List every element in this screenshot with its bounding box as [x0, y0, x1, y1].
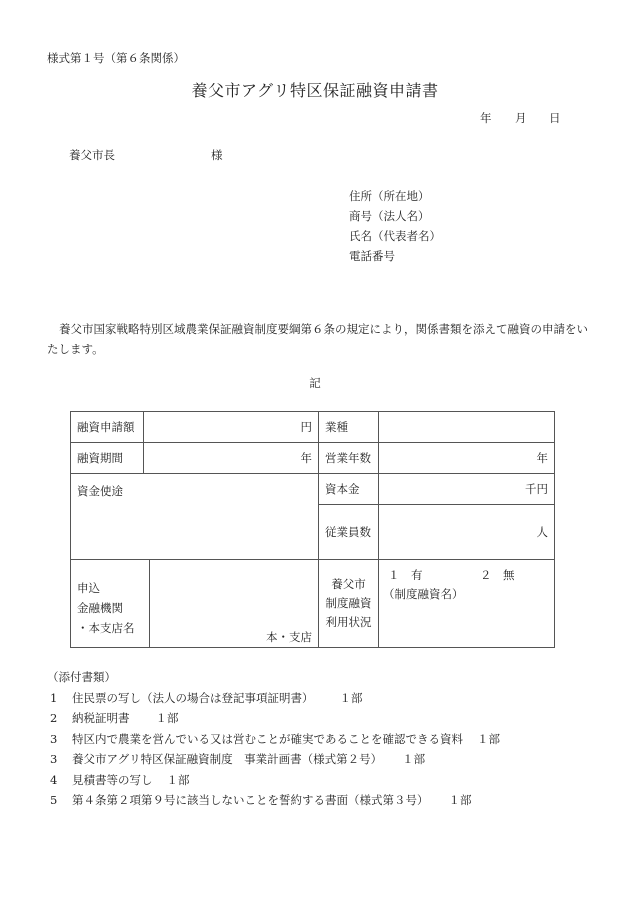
loan-amount-label: 融資申請額 — [71, 412, 144, 443]
city-loan-label-line-3: 利用状況 — [325, 613, 372, 632]
branch-suffix: 本・支店 — [266, 629, 312, 645]
bank-label-cell: 申込 金融機関 ・本支店名 — [71, 560, 150, 648]
employees-field[interactable]: 人 — [379, 505, 555, 560]
attachment-item: 3特区内で農業を営んでいる又は営むことが確実であることを確認できる資料１部 — [47, 729, 500, 750]
attachment-item: 2納税証明書１部 — [47, 708, 500, 729]
application-table: 融資申請額 円 業種 融資期間 年 営業年数 年 資金使途 資本金 千円 従業員… — [70, 411, 555, 648]
option-yes[interactable]: １ 有 — [388, 567, 423, 583]
employees-unit: 人 — [537, 525, 549, 539]
employees-label: 従業員数 — [319, 505, 379, 560]
bank-label: 申込 金融機関 ・本支店名 — [77, 578, 135, 638]
business-years-label: 営業年数 — [319, 443, 379, 474]
loan-period-unit: 年 — [301, 451, 313, 465]
loan-name-label: （制度融資名） — [383, 586, 464, 602]
representative-name-field[interactable]: 氏名（代表者名） — [349, 226, 441, 246]
attachment-item: 1住民票の写し（法人の場合は登記事項証明書）１部 — [47, 688, 500, 709]
city-loan-label-line-2: 制度融資 — [325, 594, 372, 613]
industry-field[interactable] — [379, 412, 555, 443]
loan-amount-field[interactable]: 円 — [144, 412, 319, 443]
loan-period-label: 融資期間 — [71, 443, 144, 474]
addressee-honorific: 様 — [211, 147, 223, 163]
addressee: 養父市長 様 — [69, 147, 115, 163]
business-years-field[interactable]: 年 — [379, 443, 555, 474]
industry-label: 業種 — [319, 412, 379, 443]
attachments: （添付書類） 1住民票の写し（法人の場合は登記事項証明書）１部 2納税証明書１部… — [47, 667, 500, 811]
option-no[interactable]: ２ 無 — [480, 567, 515, 583]
date-year: 年 — [480, 110, 492, 126]
loan-period-field[interactable]: 年 — [144, 443, 319, 474]
attachments-heading: （添付書類） — [47, 667, 500, 688]
city-loan-usage-field: １ 有 ２ 無 （制度融資名） — [379, 560, 555, 648]
city-loan-usage-label: 養父市 制度融資 利用状況 — [319, 560, 379, 648]
address-field[interactable]: 住所（所在地） — [349, 186, 441, 206]
attachment-item: 5第４条第２項第９号に該当しないことを誓約する書面（様式第３号）１部 — [47, 790, 500, 811]
fund-usage-field[interactable]: 資金使途 — [71, 474, 319, 560]
city-loan-label-line-1: 養父市 — [325, 575, 372, 594]
trade-name-field[interactable]: 商号（法人名） — [349, 206, 441, 226]
capital-unit: 千円 — [525, 482, 548, 496]
date-month: 月 — [515, 110, 527, 126]
capital-label: 資本金 — [319, 474, 379, 505]
document-title: 養父市アグリ特区保証融資申請書 — [0, 78, 630, 101]
attachment-item: 4見積書等の写し１部 — [47, 770, 500, 791]
addressee-name: 養父市長 — [69, 148, 115, 162]
date-day: 日 — [549, 110, 561, 126]
attachment-item: 3養父市アグリ特区保証融資制度 事業計画書（様式第２号）１部 — [47, 749, 500, 770]
form-number: 様式第１号（第６条関係） — [47, 50, 185, 66]
business-years-unit: 年 — [537, 451, 549, 465]
phone-field[interactable]: 電話番号 — [349, 246, 441, 266]
applicant-block: 住所（所在地） 商号（法人名） 氏名（代表者名） 電話番号 — [349, 186, 441, 266]
application-statement: 養父市国家戦略特別区域農業保証融資制度要綱第６条の規定により，関係書類を添えて融… — [47, 319, 592, 359]
ki-heading: 記 — [0, 375, 630, 391]
fund-usage-label: 資金使途 — [77, 484, 123, 498]
loan-amount-unit: 円 — [301, 420, 313, 434]
bank-field[interactable]: 本・支店 — [150, 560, 319, 648]
capital-field[interactable]: 千円 — [379, 474, 555, 505]
